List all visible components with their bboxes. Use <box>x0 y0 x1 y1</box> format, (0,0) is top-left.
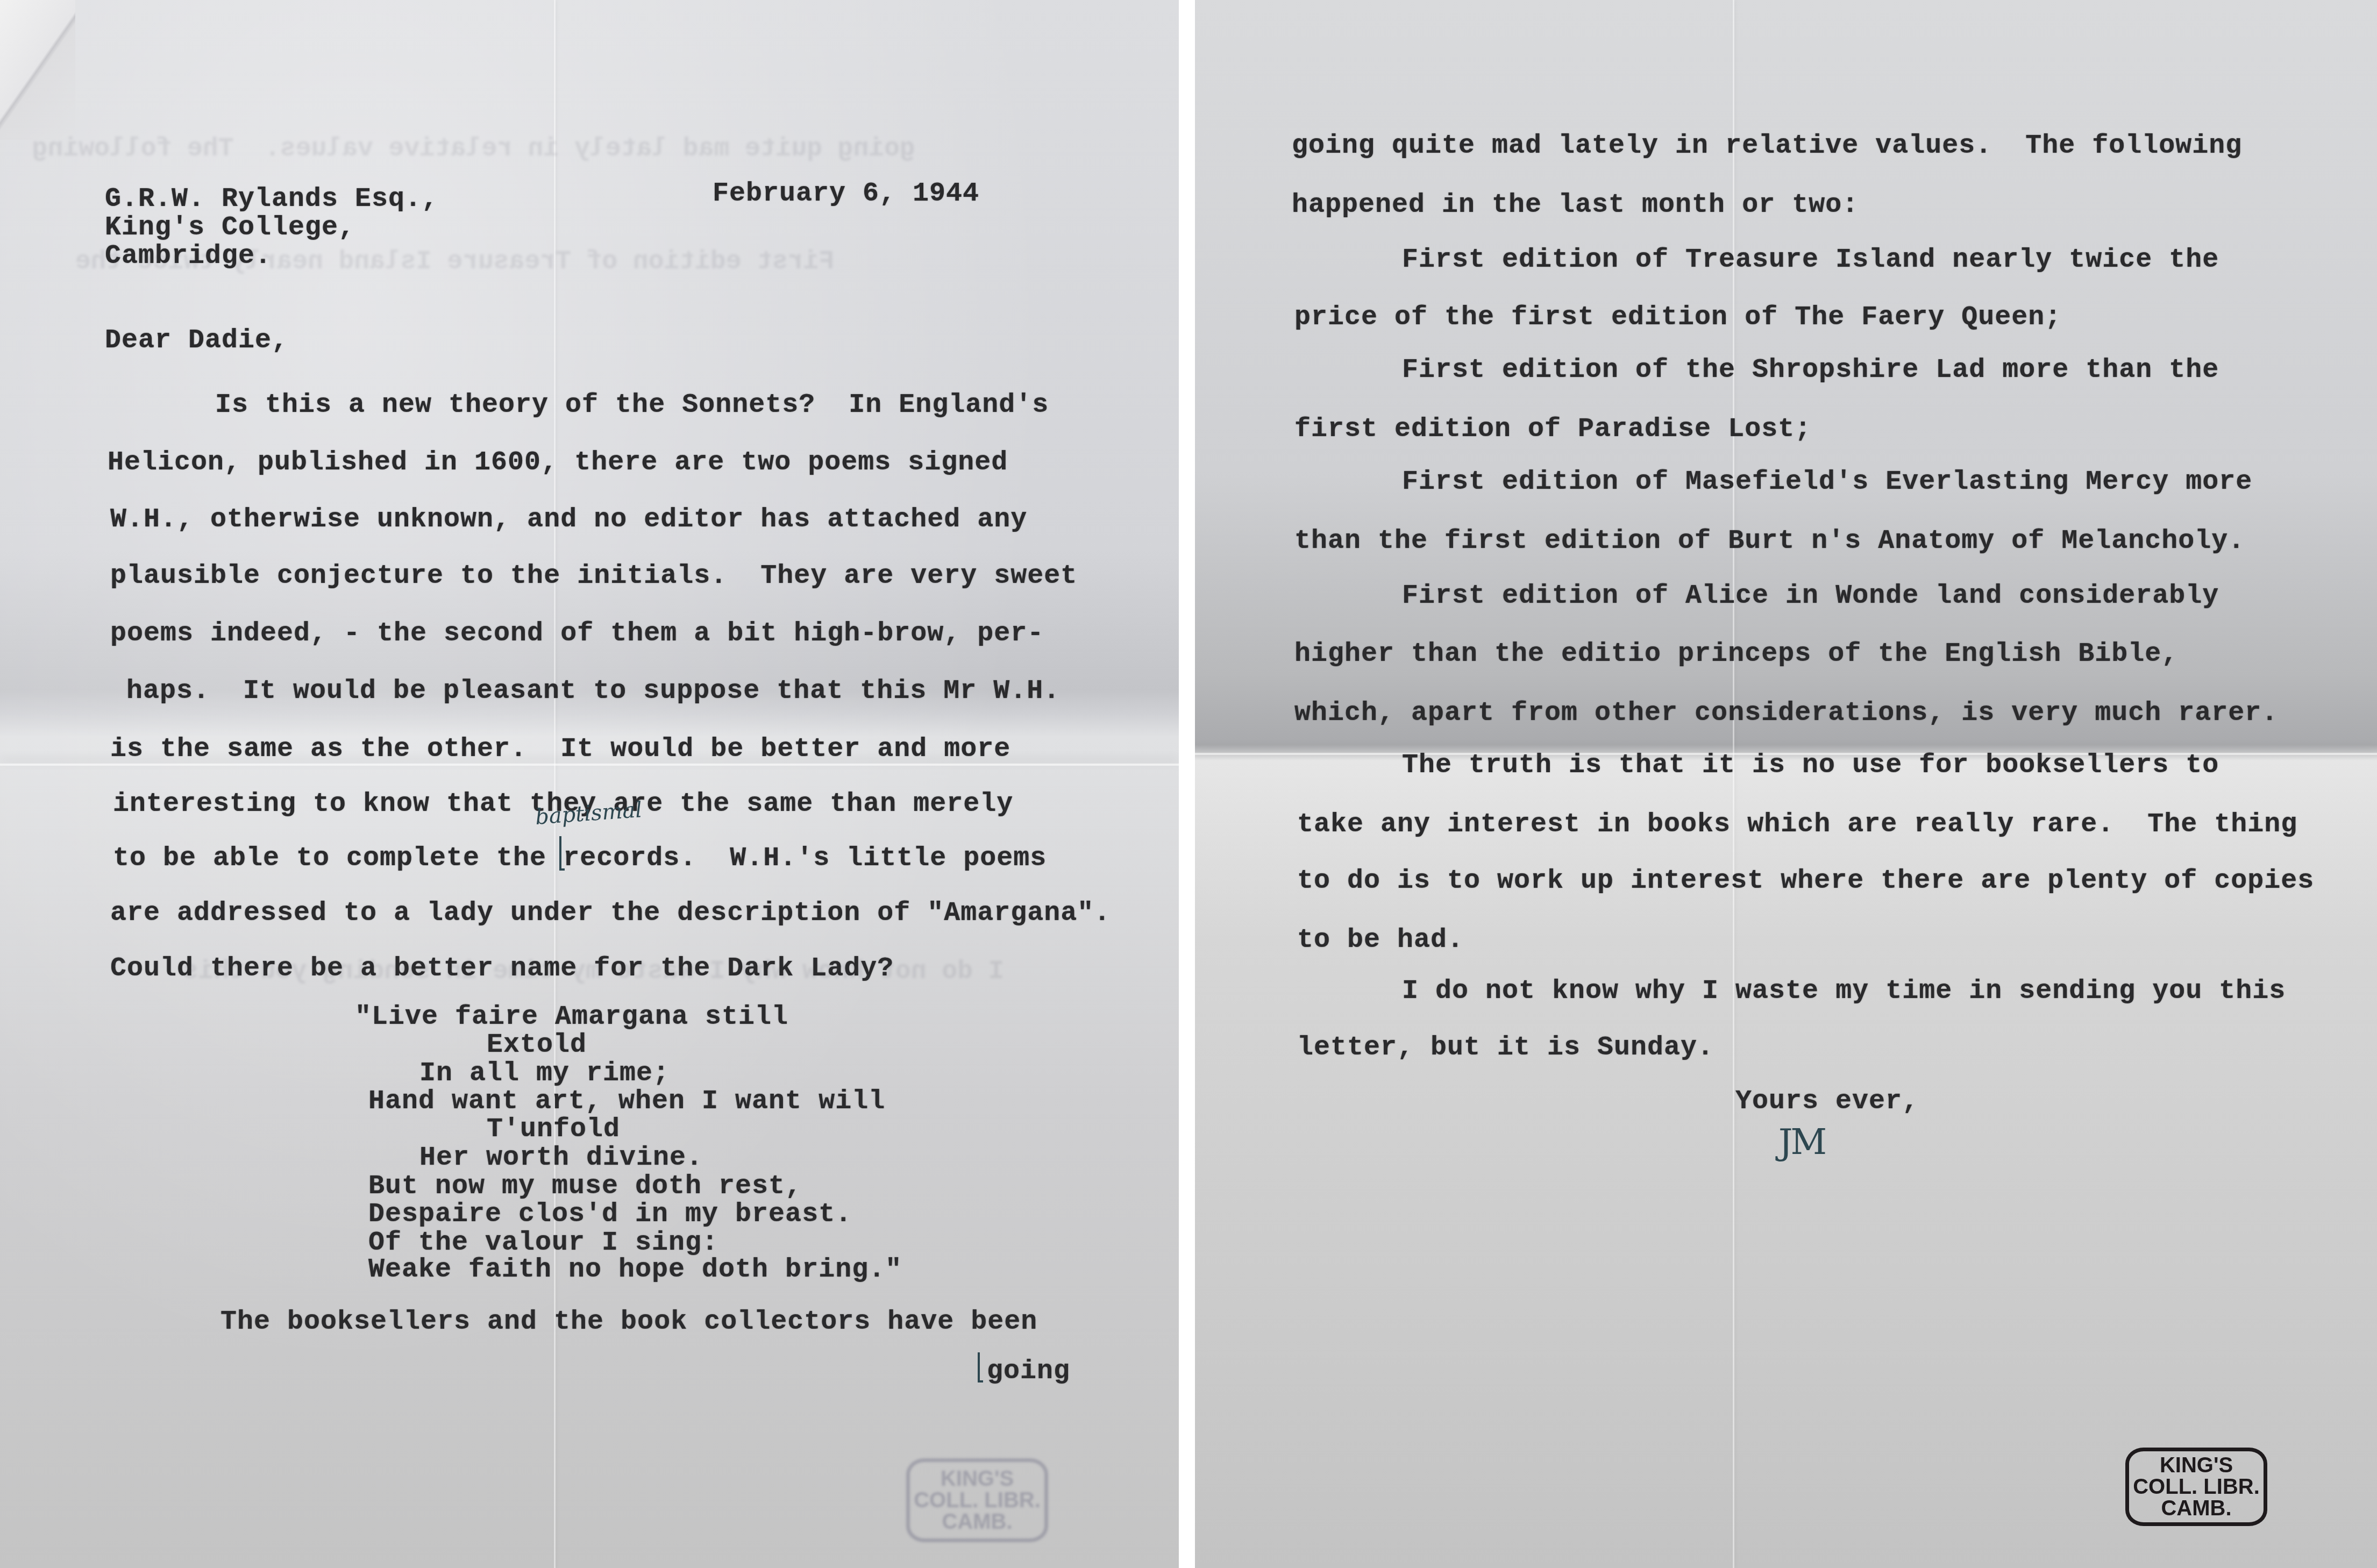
recipient-line: King's College, <box>105 212 355 243</box>
insertion-caret-icon <box>559 836 565 871</box>
signature: JM <box>1778 1121 1825 1163</box>
typed-line: first edition of Paradise Lost; <box>1294 414 1811 445</box>
paragraph-booksellers: The booksellers and the book collectors … <box>220 1307 1037 1337</box>
typed-line: Could there be a better name for the Dar… <box>110 953 894 984</box>
stamp-line: CAMB. <box>2161 1498 2231 1519</box>
letter-page-right: going quite mad lately in relative value… <box>1195 0 2377 1568</box>
letter-page-left: going quite mad lately in relative value… <box>0 0 1179 1568</box>
typed-line: T'unfold <box>487 1114 620 1145</box>
typed-line: Is this a new theory of the Sonnets? In … <box>215 390 1049 420</box>
typed-line: First edition of Masefield's Everlasting… <box>1402 467 2252 497</box>
typed-line: Weake faith no hope doth bring." <box>368 1255 902 1285</box>
typed-line: higher than the editio princeps of the E… <box>1294 639 2178 669</box>
typed-line: are addressed to a lady under the descri… <box>110 898 1111 929</box>
typed-line: letter, but it is Sunday. <box>1297 1032 1714 1063</box>
typed-line: to be able to complete the records. W.H.… <box>113 843 1047 874</box>
typed-line: plausible conjecture to the initials. Th… <box>110 561 1077 591</box>
typed-line: price of the first edition of The Faery … <box>1294 302 2061 333</box>
typed-line: I do not know why I waste my time in sen… <box>1402 976 2286 1007</box>
typed-line: than the first edition of Burt n's Anato… <box>1294 526 2245 557</box>
typed-line: First edition of Treasure Island nearly … <box>1402 245 2219 275</box>
typed-line: Hand want art, when I want will <box>368 1086 885 1117</box>
recipient-line: Cambridge. <box>105 241 272 272</box>
typed-line: "Live faire Amargana still <box>355 1002 788 1032</box>
typed-line: W.H., otherwise unknown, and no editor h… <box>110 504 1027 535</box>
typed-line: poems indeed, - the second of them a bit… <box>110 618 1044 649</box>
typed-line: Helicon, published in 1600, there are tw… <box>108 447 1008 478</box>
typed-line: to be had. <box>1297 925 1464 956</box>
typed-line: The truth is that it is no use for books… <box>1402 750 2219 781</box>
vertical-fold <box>1733 0 1734 1568</box>
typed-line: is the same as the other. It would be be… <box>110 734 1010 765</box>
corner-crease <box>0 0 75 140</box>
typed-line: In all my rime; <box>419 1058 670 1089</box>
stamp-line: KING'S <box>941 1468 1014 1489</box>
typed-line: Of the valour I sing: <box>368 1228 718 1258</box>
stamp-line: COLL. LIBR. <box>2133 1476 2260 1498</box>
typed-line: But now my muse doth rest, <box>368 1171 802 1202</box>
typed-line: which, apart from other considerations, … <box>1294 698 2278 729</box>
typed-line: take any interest in books which are rea… <box>1297 809 2297 840</box>
typed-line: happened in the last month or two: <box>1292 190 1859 220</box>
stamp-line: CAMB. <box>942 1511 1012 1533</box>
letter-date: February 6, 1944 <box>713 179 979 209</box>
typed-line: Despaire clos'd in my breast. <box>368 1199 852 1230</box>
closing: Yours ever, <box>1735 1086 1919 1117</box>
salutation: Dear Dadie, <box>105 325 288 356</box>
typed-line: going quite mad lately in relative value… <box>1292 131 2242 161</box>
typed-line: haps. It would be pleasant to suppose th… <box>126 676 1060 707</box>
recipient-line: G.R.W. Rylands Esq., <box>105 184 438 215</box>
typed-line: to do is to work up interest where there… <box>1297 866 2314 896</box>
typed-line: Her worth divine. <box>419 1143 703 1173</box>
stamp-line: KING'S <box>2160 1455 2233 1476</box>
show-through-text: going quite mad lately in relative value… <box>32 134 915 163</box>
typed-line: First edition of Alice in Wonde land con… <box>1402 581 2219 611</box>
kings-college-library-stamp: KING'S COLL. LIBR. CAMB. <box>2125 1448 2267 1526</box>
catchword-caret-icon <box>978 1352 983 1382</box>
typed-line: Extold <box>487 1030 587 1060</box>
show-through-library-stamp: KING'S COLL. LIBR. CAMB. <box>906 1458 1048 1542</box>
stamp-line: COLL. LIBR. <box>914 1489 1041 1511</box>
catchword: going <box>987 1356 1070 1387</box>
typed-line: First edition of the Shropshire Lad more… <box>1402 355 2219 386</box>
